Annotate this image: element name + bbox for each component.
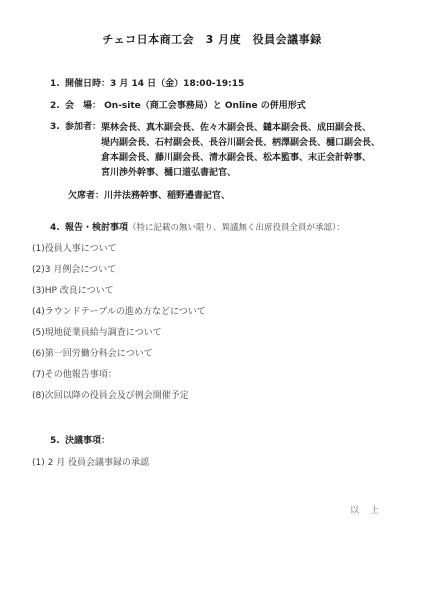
report-item: (3)HP 改良について	[32, 285, 424, 298]
participants-body: 参加者： 栗林会長、真木副会長、佐々木副会長、鑓本副会長、成田副会長、 堤内副会…	[65, 121, 380, 181]
resolution-item: (1) 2 月 役員会議事録の承認	[32, 457, 424, 470]
report-section-heading: 4. 報告・検討事項（特に記載の無い限り、異議無く出席役員全員が承認）：	[50, 222, 424, 235]
item-number: 5.	[50, 435, 65, 448]
item-number: 4.	[50, 222, 65, 235]
report-item: (6)第一回労働分科会について	[32, 348, 424, 361]
participants-line: 宮川渉外幹事、樋口道弘書記官、	[101, 166, 380, 181]
venue-line: 2. 会 場： On-site（商工会事務局）と Online の併用形式	[50, 100, 424, 113]
participants-block: 3. 参加者： 栗林会長、真木副会長、佐々木副会長、鑓本副会長、成田副会長、 堤…	[50, 121, 424, 181]
report-item: (2)3 月例会について	[32, 264, 424, 277]
document-title: チェコ日本商工会 3 月度 役員会議事録	[0, 33, 424, 47]
participants-label: 参加者：	[65, 121, 101, 181]
item-number: 2.	[50, 100, 65, 113]
report-item: (8)次回以降の役員会及び例会開催予定	[32, 390, 424, 403]
item-number: 3.	[50, 121, 65, 181]
absentees-text: 川井法務幹事、稲野邉書記官、	[104, 191, 230, 201]
report-heading-note: （特に記載の無い限り、異議無く出席役員全員が承認）：	[128, 223, 345, 233]
participants-line: 栗林会長、真木副会長、佐々木副会長、鑓本副会長、成田副会長、	[101, 121, 380, 136]
report-item: (1)役員人事について	[32, 243, 424, 256]
venue-text: 会 場： On-site（商工会事務局）と Online の併用形式	[65, 100, 306, 113]
item-number: 1.	[50, 78, 65, 91]
report-item: (5)現地従業員給与調査について	[32, 327, 424, 340]
report-item: (4)ラウンドテーブルの進め方などについて	[32, 306, 424, 319]
report-section-title: 報告・検討事項（特に記載の無い限り、異議無く出席役員全員が承認）：	[65, 222, 345, 235]
minutes-document: チェコ日本商工会 3 月度 役員会議事録 1. 開催日時：3 月 14 日（金）…	[0, 0, 424, 600]
participants-names: 栗林会長、真木副会長、佐々木副会長、鑓本副会長、成田副会長、 堤内副会長、石村副…	[101, 121, 380, 181]
participants-line: 倉本副会長、藤川副会長、清水副会長、松本監事、末正会計幹事、	[101, 151, 380, 166]
resolution-heading-text: 決議事項：	[65, 435, 110, 448]
report-heading-text: 報告・検討事項	[65, 223, 128, 233]
participants-line: 堤内副会長、石村副会長、長谷川副会長、柄澤副会長、樋口副会長、	[101, 136, 380, 151]
meeting-datetime-text: 開催日時：3 月 14 日（金）18:00-19:15	[65, 78, 244, 91]
absentees-label: 欠席者：	[68, 191, 104, 201]
closing-mark: 以 上	[0, 505, 424, 518]
absentees-line: 欠席者：川井法務幹事、稲野邉書記官、	[68, 190, 424, 203]
resolution-section-heading: 5. 決議事項：	[50, 435, 424, 448]
report-item: (7)その他報告事項：	[32, 369, 424, 382]
meeting-datetime-line: 1. 開催日時：3 月 14 日（金）18:00-19:15	[50, 78, 424, 91]
